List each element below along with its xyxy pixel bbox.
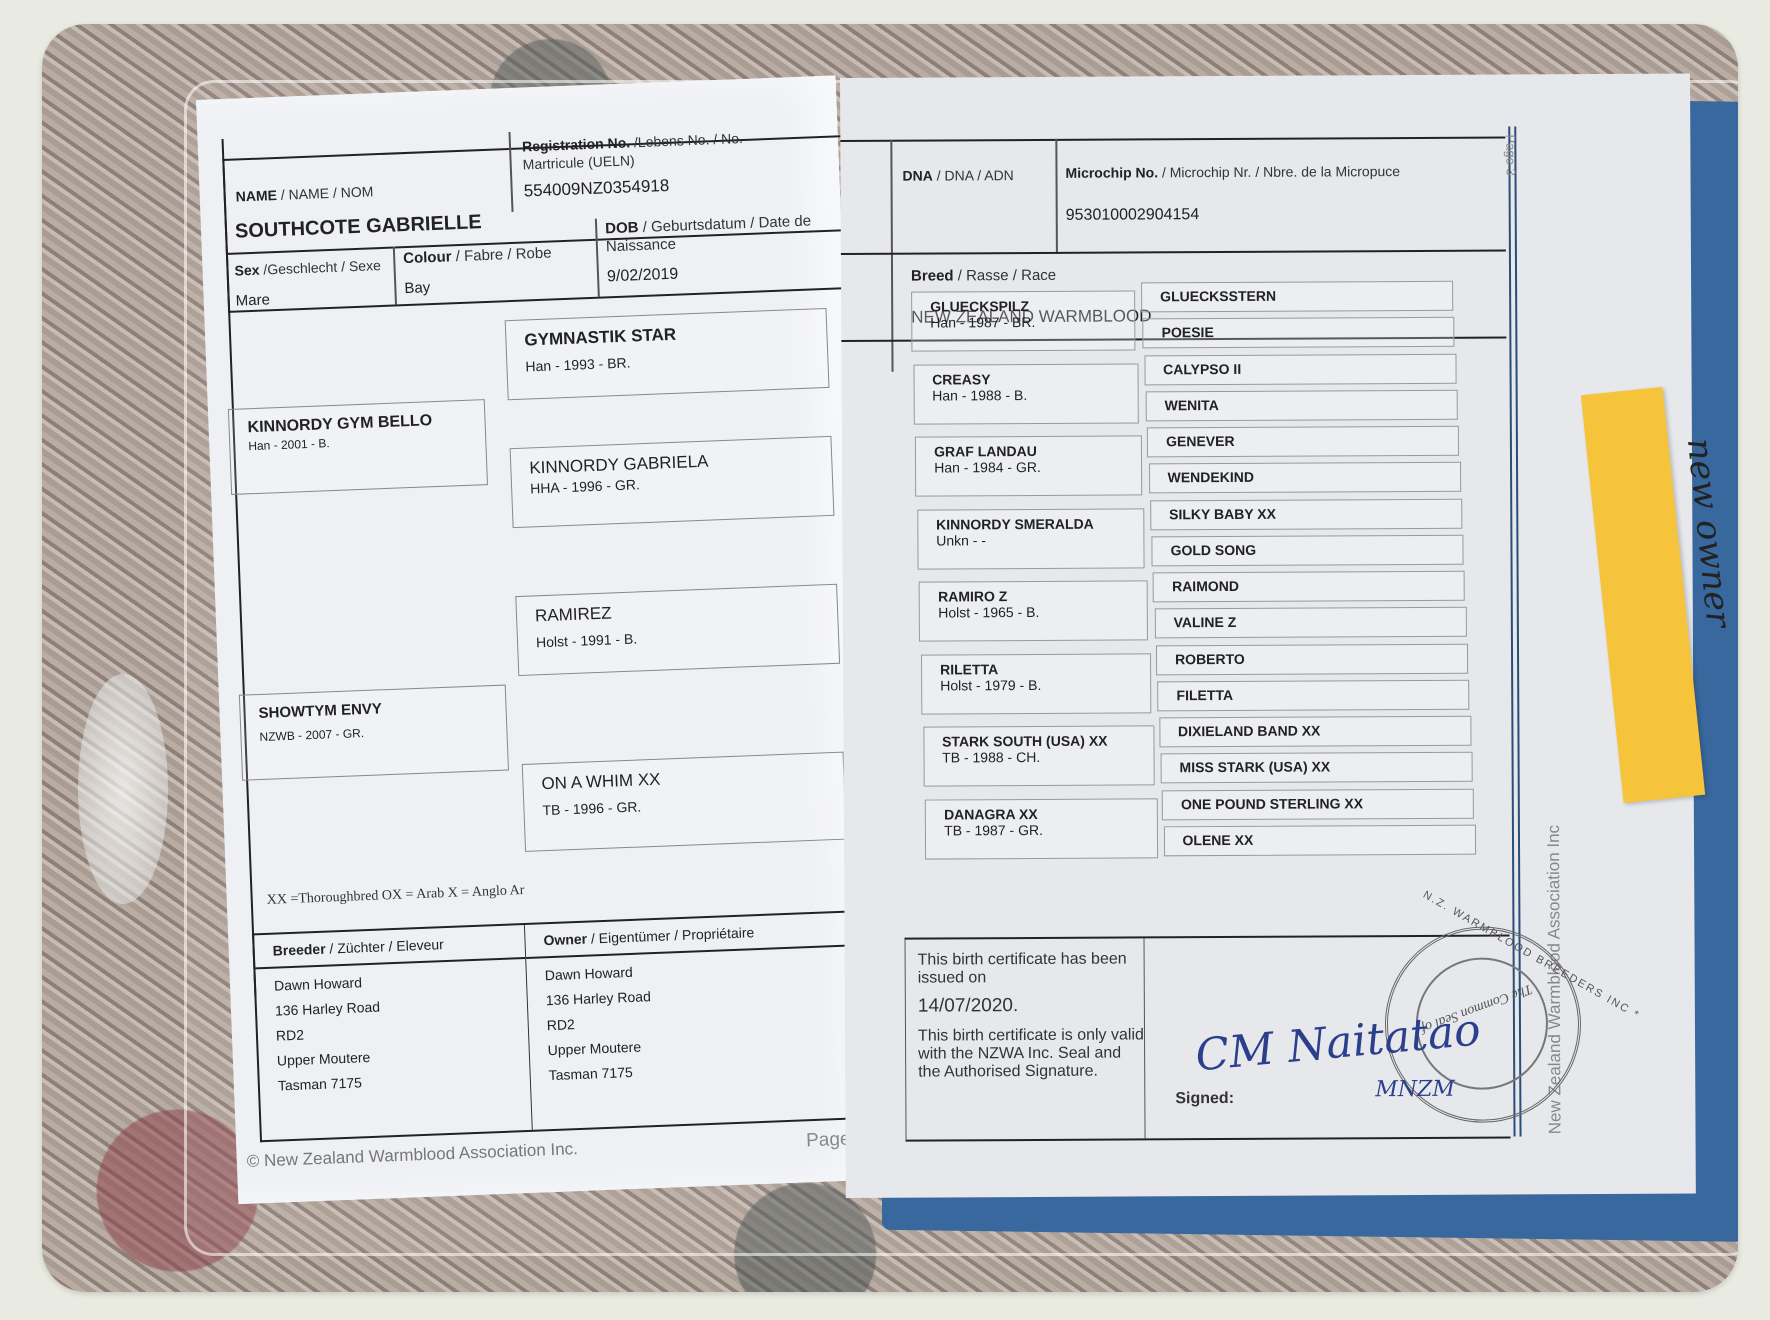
certificate-text: This birth certificate has been issued o…: [905, 938, 1146, 1139]
horse-name: ONE POUND STERLING XX: [1181, 794, 1473, 812]
horse-details: Han - 1987 - BR.: [930, 313, 1134, 330]
horse-name: RAMIRO Z: [938, 587, 1147, 604]
microchip-number: 953010002904154: [1066, 206, 1200, 225]
identity-header: NAME / NAME / NOM SOUTHCOTE GABRIELLE Re…: [222, 135, 849, 313]
horse-name: DANAGRA XX: [944, 805, 1156, 822]
horse-name: GYMNASTIK STAR: [524, 319, 827, 351]
horse-name: KINNORDY SMERALDA: [936, 515, 1144, 532]
horse-name: WENITA: [1165, 396, 1457, 414]
horse-name: VALINE Z: [1174, 613, 1466, 631]
horse-name: CREASY: [932, 370, 1137, 387]
pedigree-gen4-box: CALYPSO II: [1144, 353, 1456, 385]
horse-name: RAIMOND: [1172, 577, 1464, 595]
horse-name: MISS STARK (USA) XX: [1179, 758, 1471, 776]
divider: [1055, 139, 1057, 254]
signed-label: Signed:: [1175, 1090, 1234, 1108]
horse-name: ROBERTO: [1175, 649, 1467, 667]
registration-number: 554009NZ0354918: [523, 176, 669, 202]
divider: [890, 140, 893, 372]
copyright-footer: © New Zealand Warmblood Association Inc.: [246, 1139, 578, 1172]
pedigree-gen3-box: CREASYHan - 1988 - B.: [913, 363, 1138, 424]
owner-line: RD2: [528, 1004, 878, 1033]
horse-name: WENDEKIND: [1168, 468, 1460, 486]
pedigree-gen4-box: GOLD SONG: [1151, 534, 1463, 566]
pedigree-gen3-box: STARK SOUTH (USA) XXTB - 1988 - CH.: [923, 725, 1154, 786]
breed-label: Breed / Rasse / Race: [911, 267, 1056, 285]
horse-name: POESIE: [1162, 323, 1454, 341]
horse-details: Holst - 1965 - B.: [938, 603, 1147, 620]
divider: [595, 219, 599, 297]
horse-name: GOLD SONG: [1171, 540, 1463, 558]
horse-details: Holst - 1991 - B.: [536, 623, 838, 651]
horse-name: GRAF LANDAU: [934, 442, 1140, 459]
issued-text: This birth certificate has been issued o…: [918, 950, 1144, 987]
page-right: DNA / DNA / ADN Microchip No. / Microchi…: [840, 74, 1696, 1198]
signature-initials: MNZM: [1375, 1077, 1455, 1102]
pedigree-gen4-box: GENEVER: [1147, 426, 1459, 458]
page-left: NAME / NAME / NOM SOUTHCOTE GABRIELLE Re…: [196, 75, 878, 1204]
pedigree-sire: KINNORDY GYM BELLO Han - 2001 - B.: [228, 399, 488, 495]
pedigree-gen3-box: GRAF LANDAUHan - 1984 - GR.: [915, 435, 1142, 496]
horse-name: GLUECKSSTERN: [1160, 287, 1452, 305]
issued-date: 14/07/2020.: [918, 994, 1144, 1017]
colour-label: Colour / Fabre / Robe: [403, 244, 552, 267]
divider: [840, 137, 1505, 142]
breeder-line: RD2: [258, 1018, 528, 1044]
certificate-section: This birth certificate has been issued o…: [905, 935, 1511, 1142]
pedigree-gen3-box: KINNORDY SMERALDAUnkn - -: [917, 508, 1145, 569]
pedigree-dam: SHOWTYM ENVY NZWB - 2007 - GR.: [239, 685, 509, 781]
owner-line: 136 Harley Road: [528, 979, 878, 1008]
microchip-label: Microchip No. / Microchip Nr. / Nbre. de…: [1065, 163, 1400, 181]
dob-label: DOB / Geburtsdatum / Date de Naissance: [605, 211, 846, 256]
pedigree-sire-dam: KINNORDY GABRIELA HHA - 1996 - GR.: [510, 436, 835, 528]
breeder-line: Dawn Howard: [256, 968, 526, 994]
breeder-column: Breeder / Züchter / Eleveur Dawn Howard …: [254, 925, 532, 1140]
pedigree-gen4-box: WENDEKIND: [1149, 462, 1461, 494]
pedigree-gen4-box: DIXIELAND BAND XX: [1159, 716, 1471, 748]
pedigree-gen4-box: FILETTA: [1157, 679, 1469, 711]
pedigree-gen3-box: GLUECKSPILZHan - 1987 - BR.: [911, 290, 1135, 351]
horse-name: RAMIREZ: [535, 595, 838, 627]
colour-value: Bay: [404, 279, 430, 297]
divider: [393, 246, 397, 304]
pedigree-gen4-box: OLENE XX: [1163, 824, 1475, 856]
pedigree-dam-dam: ON A WHIM XX TB - 1996 - GR.: [522, 752, 847, 852]
horse-name: SILKY BABY XX: [1169, 504, 1461, 522]
pedigree-gen3-box: DANAGRA XXTB - 1987 - GR.: [925, 798, 1158, 859]
horse-name: STARK SOUTH (USA) XX: [942, 732, 1153, 749]
breeder-label: Breeder / Züchter / Eleveur: [254, 925, 525, 969]
pedigree-gen4-box: VALINE Z: [1154, 607, 1466, 639]
dob-value: 9/02/2019: [607, 266, 679, 287]
horse-name: DIXIELAND BAND XX: [1178, 722, 1470, 740]
horse-name: ON A WHIM XX: [541, 763, 844, 795]
breeder-line: Upper Moutere: [259, 1043, 529, 1069]
page-number: Page 3: [1503, 134, 1518, 175]
horse-name: SOUTHCOTE GABRIELLE: [235, 211, 482, 243]
sex-value: Mare: [235, 291, 270, 309]
horse-name: OLENE XX: [1182, 830, 1474, 848]
horse-name: RILETTA: [940, 660, 1150, 677]
glass-object: [78, 674, 168, 904]
horse-details: Han - 1988 - B.: [932, 386, 1137, 403]
horse-details: Han - 1993 - BR.: [525, 347, 827, 375]
pedigree-gen4-box: SILKY BABY XX: [1150, 498, 1462, 530]
breeder-line: 136 Harley Road: [257, 993, 527, 1019]
dna-label: DNA / DNA / ADN: [902, 167, 1013, 184]
breeder-line: Tasman 7175: [260, 1068, 530, 1094]
horse-details: Unkn - -: [936, 531, 1144, 548]
pedigree-gen4-box: RAIMOND: [1153, 571, 1465, 603]
owner-line: Upper Moutere: [529, 1029, 879, 1058]
validity-text: This birth certificate is only valid wit…: [918, 1026, 1144, 1081]
divider: [841, 250, 1506, 255]
horse-details: NZWB - 2007 - GR.: [259, 721, 506, 744]
pedigree-gen4-box: POESIE: [1143, 317, 1455, 349]
name-label: NAME / NAME / NOM: [235, 183, 373, 204]
pedigree-gen4-box: MISS STARK (USA) XX: [1160, 752, 1472, 784]
owner-line: Dawn Howard: [527, 955, 877, 984]
horse-details: TB - 1996 - GR.: [542, 791, 844, 819]
horse-details: Han - 1984 - GR.: [934, 458, 1140, 475]
breeder-owner-section: Breeder / Züchter / Eleveur Dawn Howard …: [252, 910, 882, 1143]
horse-details: Holst - 1979 - B.: [940, 676, 1150, 693]
pedigree-gen4-box: ONE POUND STERLING XX: [1162, 788, 1474, 820]
pedigree-gen3-box: RILETTAHolst - 1979 - B.: [921, 653, 1151, 714]
pedigree-gen4-box: GLUECKSSTERN: [1141, 281, 1453, 313]
pedigree-gen4-box: WENITA: [1146, 390, 1458, 422]
pedigree-dam-sire: RAMIREZ Holst - 1991 - B.: [515, 584, 840, 676]
sex-label: Sex /Geschlecht / Sexe: [234, 257, 381, 279]
owner-line: Tasman 7175: [530, 1054, 880, 1083]
horse-name: GLUECKSPILZ: [930, 297, 1134, 314]
horse-name: FILETTA: [1176, 685, 1468, 703]
horse-details: TB - 1988 - CH.: [942, 748, 1153, 765]
pedigree-gen3-box: RAMIRO ZHolst - 1965 - B.: [919, 580, 1148, 641]
horse-name: CALYPSO II: [1163, 359, 1455, 377]
pedigree-gen4-box: ROBERTO: [1156, 643, 1468, 675]
horse-name: SHOWTYM ENVY: [258, 696, 505, 722]
horse-details: TB - 1987 - GR.: [944, 821, 1156, 838]
horse-name: GENEVER: [1166, 432, 1458, 450]
owner-column: Owner / Eigentümer / Propriétaire Dawn H…: [524, 912, 883, 1130]
pedigree-sire-sire: GYMNASTIK STAR Han - 1993 - BR.: [505, 308, 830, 400]
